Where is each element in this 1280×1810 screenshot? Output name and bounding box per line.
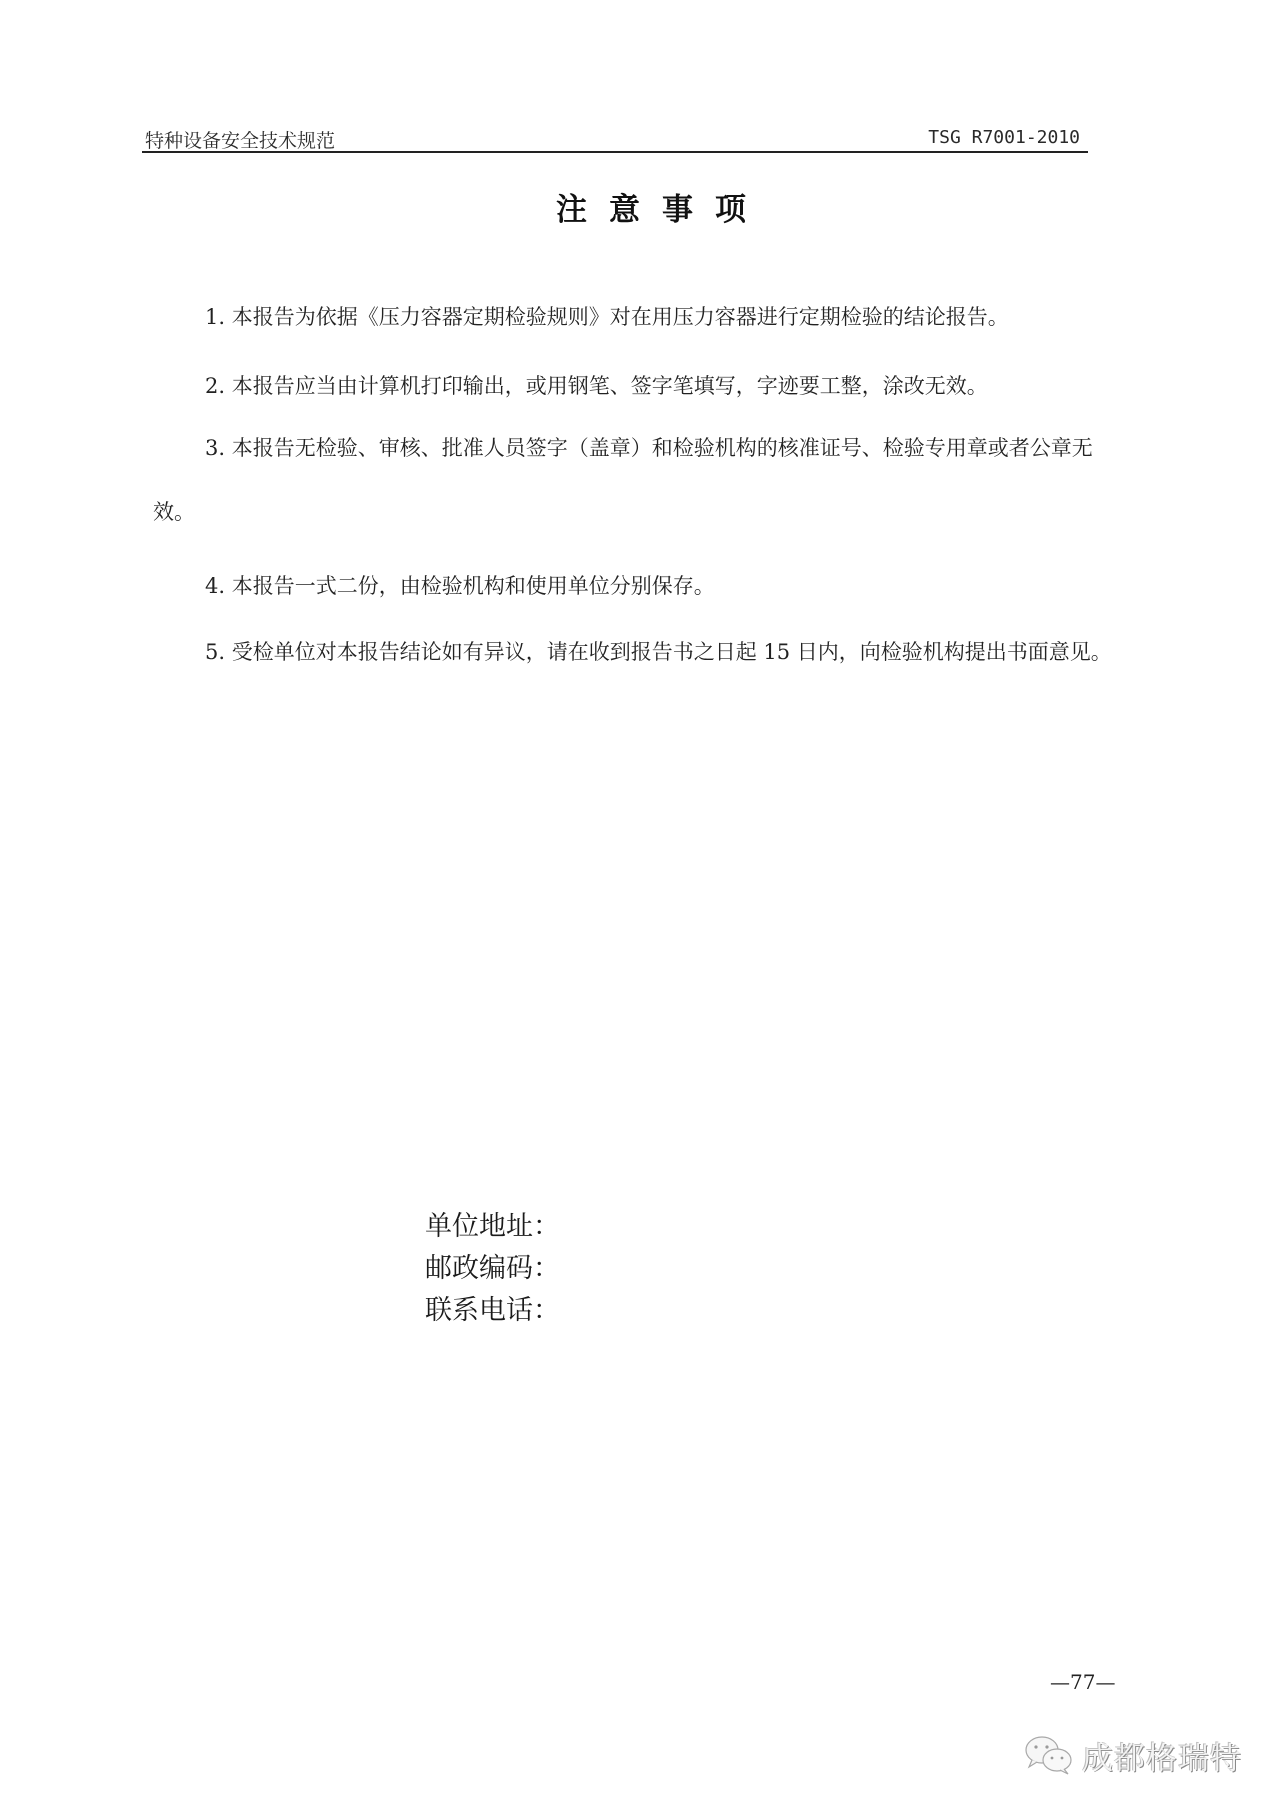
address-label: 单位地址：	[425, 1206, 560, 1248]
postcode-label: 邮政编码：	[425, 1248, 560, 1290]
page-title: 注意事项	[0, 184, 1280, 229]
watermark-text: 成都格瑞特	[1082, 1733, 1242, 1778]
running-header: 特种设备安全技术规范 TSG R7001-2010	[145, 122, 1088, 152]
watermark: 成都格瑞特	[1024, 1732, 1242, 1778]
notice-item-2: 2. 本报告应当由计算机打印输出，或用钢笔、签字笔填写，字迹要工整，涂改无效。	[153, 370, 1128, 402]
notice-item-3: 3. 本报告无检验、审核、批准人员签字（盖章）和检验机构的核准证号、检验专用章或…	[153, 416, 1128, 544]
header-category: 特种设备安全技术规范	[145, 126, 335, 153]
header-rule	[142, 151, 1088, 153]
notice-item-5: 5. 受检单位对本报告结论如有异议，请在收到报告书之日起 15 日内，向检验机构…	[153, 620, 1128, 684]
notice-list: 1. 本报告为依据《压力容器定期检验规则》对在用压力容器进行定期检验的结论报告。…	[153, 294, 1128, 684]
notice-item-1: 1. 本报告为依据《压力容器定期检验规则》对在用压力容器进行定期检验的结论报告。	[153, 294, 1128, 340]
wechat-icon	[1024, 1734, 1074, 1776]
phone-label: 联系电话：	[425, 1290, 560, 1332]
notice-item-4: 4. 本报告一式二份，由检验机构和使用单位分别保存。	[153, 570, 1128, 602]
contact-block: 单位地址： 邮政编码： 联系电话：	[425, 1206, 560, 1332]
page-number: —77—	[1050, 1670, 1115, 1694]
document-page: 特种设备安全技术规范 TSG R7001-2010 注意事项 1. 本报告为依据…	[0, 0, 1280, 1810]
header-standard-code: TSG R7001-2010	[928, 127, 1080, 148]
